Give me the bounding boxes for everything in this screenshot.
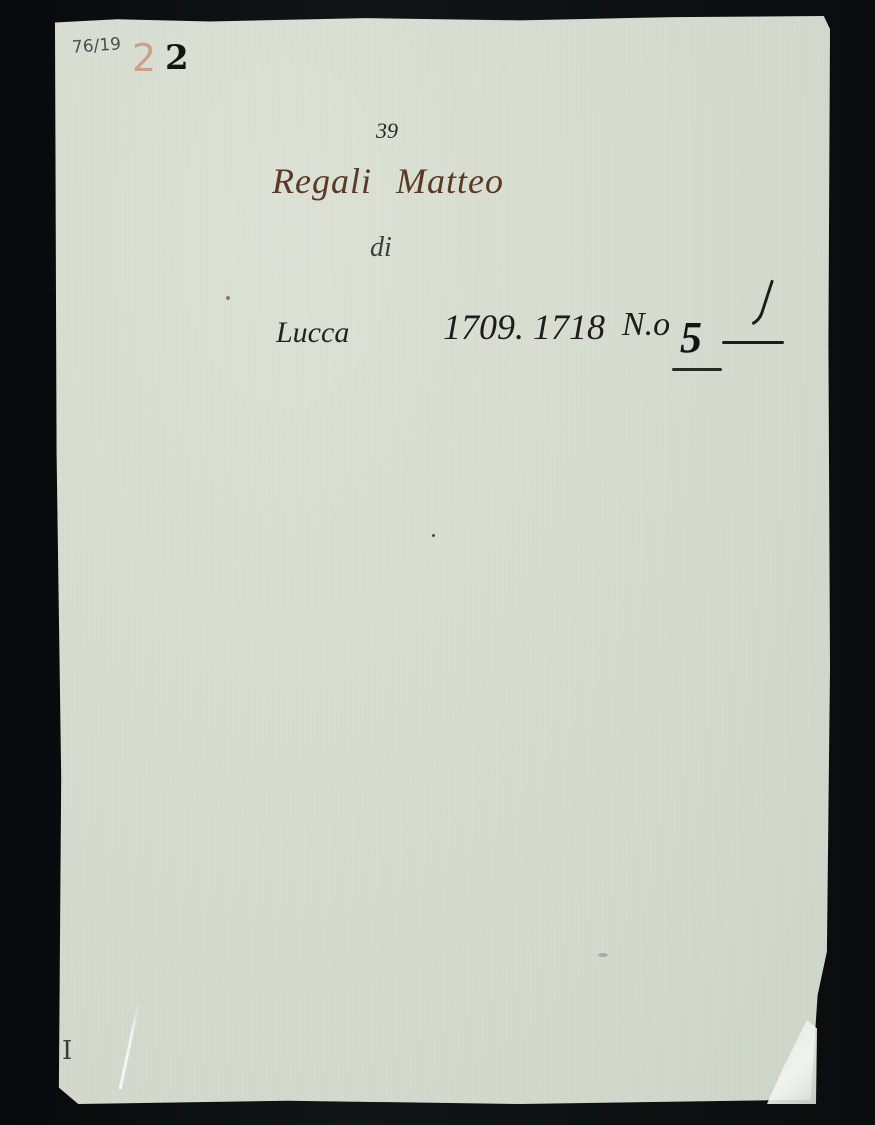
surname: Regali	[272, 161, 372, 201]
given-name: Matteo	[396, 161, 504, 201]
folio-number-red: 2	[132, 36, 156, 80]
numero-value: 5	[680, 312, 702, 363]
item-number: 39	[376, 118, 398, 144]
ink-speck	[226, 296, 230, 300]
numero-label: N.o	[622, 306, 670, 344]
numero-underline	[672, 368, 722, 371]
volume-mark: I	[62, 1036, 72, 1066]
preposition: di	[370, 232, 392, 264]
city-name: Lucca	[276, 316, 349, 350]
paper-mark	[598, 953, 608, 957]
shelf-mark: 76/19	[71, 34, 121, 57]
ink-speck	[432, 534, 435, 537]
person-name: RegaliMatteo	[272, 160, 504, 202]
numero-dash	[722, 341, 784, 344]
date-range: 1709. 1718	[443, 306, 605, 348]
folio-number-black: 2	[165, 38, 189, 78]
